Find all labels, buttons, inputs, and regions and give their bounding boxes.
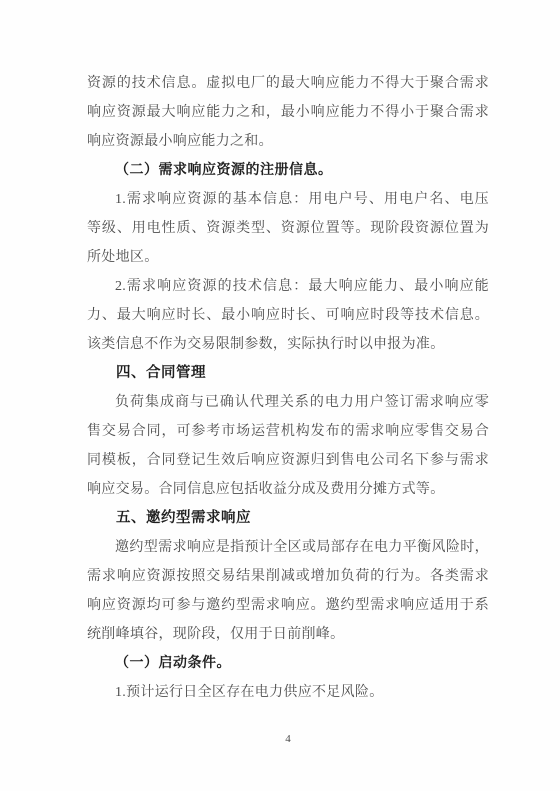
paragraph-line: 负荷集成商与已确认代理关系的电力用户签订需求响应零 bbox=[87, 388, 489, 417]
paragraph-line: 1.预计运行日全区存在电力供应不足风险。 bbox=[87, 678, 489, 707]
paragraph-line: 售交易合同，可参考市场运营机构发布的需求响应零售交易合 bbox=[87, 417, 489, 446]
paragraph-line: 响应交易。合同信息应包括收益分成及费用分摊方式等。 bbox=[87, 475, 489, 504]
document-page: 资源的技术信息。虚拟电厂的最大响应能力不得大于聚合需求 响应资源最大响应能力之和… bbox=[0, 0, 560, 791]
paragraph-line: 需求响应资源按照交易结果削减或增加负荷的行为。各类需求 bbox=[87, 562, 489, 591]
paragraph-line: 2.需求响应资源的技术信息：最大响应能力、最小响应能 bbox=[87, 272, 489, 301]
paragraph-line: 资源的技术信息。虚拟电厂的最大响应能力不得大于聚合需求 bbox=[87, 69, 489, 98]
paragraph-line: 力、最大响应时长、最小响应时长、可响应时段等技术信息。 bbox=[87, 301, 489, 330]
paragraph-line: 1.需求响应资源的基本信息：用电户号、用电户名、电压 bbox=[87, 185, 489, 214]
paragraph-line: 所处地区。 bbox=[87, 243, 489, 272]
paragraph-line: 邀约型需求响应是指预计全区或局部存在电力平衡风险时， bbox=[87, 533, 489, 562]
paragraph-line: 该类信息不作为交易限制参数，实际执行时以申报为准。 bbox=[87, 330, 489, 359]
heading-contract-management: 四、合同管理 bbox=[87, 359, 489, 388]
paragraph-line: 同模板，合同登记生效后响应资源归到售电公司名下参与需求 bbox=[87, 446, 489, 475]
heading-start-conditions: （一）启动条件。 bbox=[87, 649, 489, 678]
paragraph-line: 响应资源最大响应能力之和，最小响应能力不得小于聚合需求 bbox=[87, 98, 489, 127]
paragraph-line: 统削峰填谷，现阶段，仅用于日前削峰。 bbox=[87, 620, 489, 649]
document-text: 资源的技术信息。虚拟电厂的最大响应能力不得大于聚合需求 响应资源最大响应能力之和… bbox=[87, 69, 489, 707]
heading-registration-info: （二）需求响应资源的注册信息。 bbox=[87, 156, 489, 185]
heading-invitation-demand-response: 五、邀约型需求响应 bbox=[87, 504, 489, 533]
paragraph-line: 响应资源均可参与邀约型需求响应。邀约型需求响应适用于系 bbox=[87, 591, 489, 620]
page-number: 4 bbox=[87, 733, 489, 745]
paragraph-line: 响应资源最小响应能力之和。 bbox=[87, 127, 489, 156]
paragraph-line: 等级、用电性质、资源类型、资源位置等。现阶段资源位置为 bbox=[87, 214, 489, 243]
